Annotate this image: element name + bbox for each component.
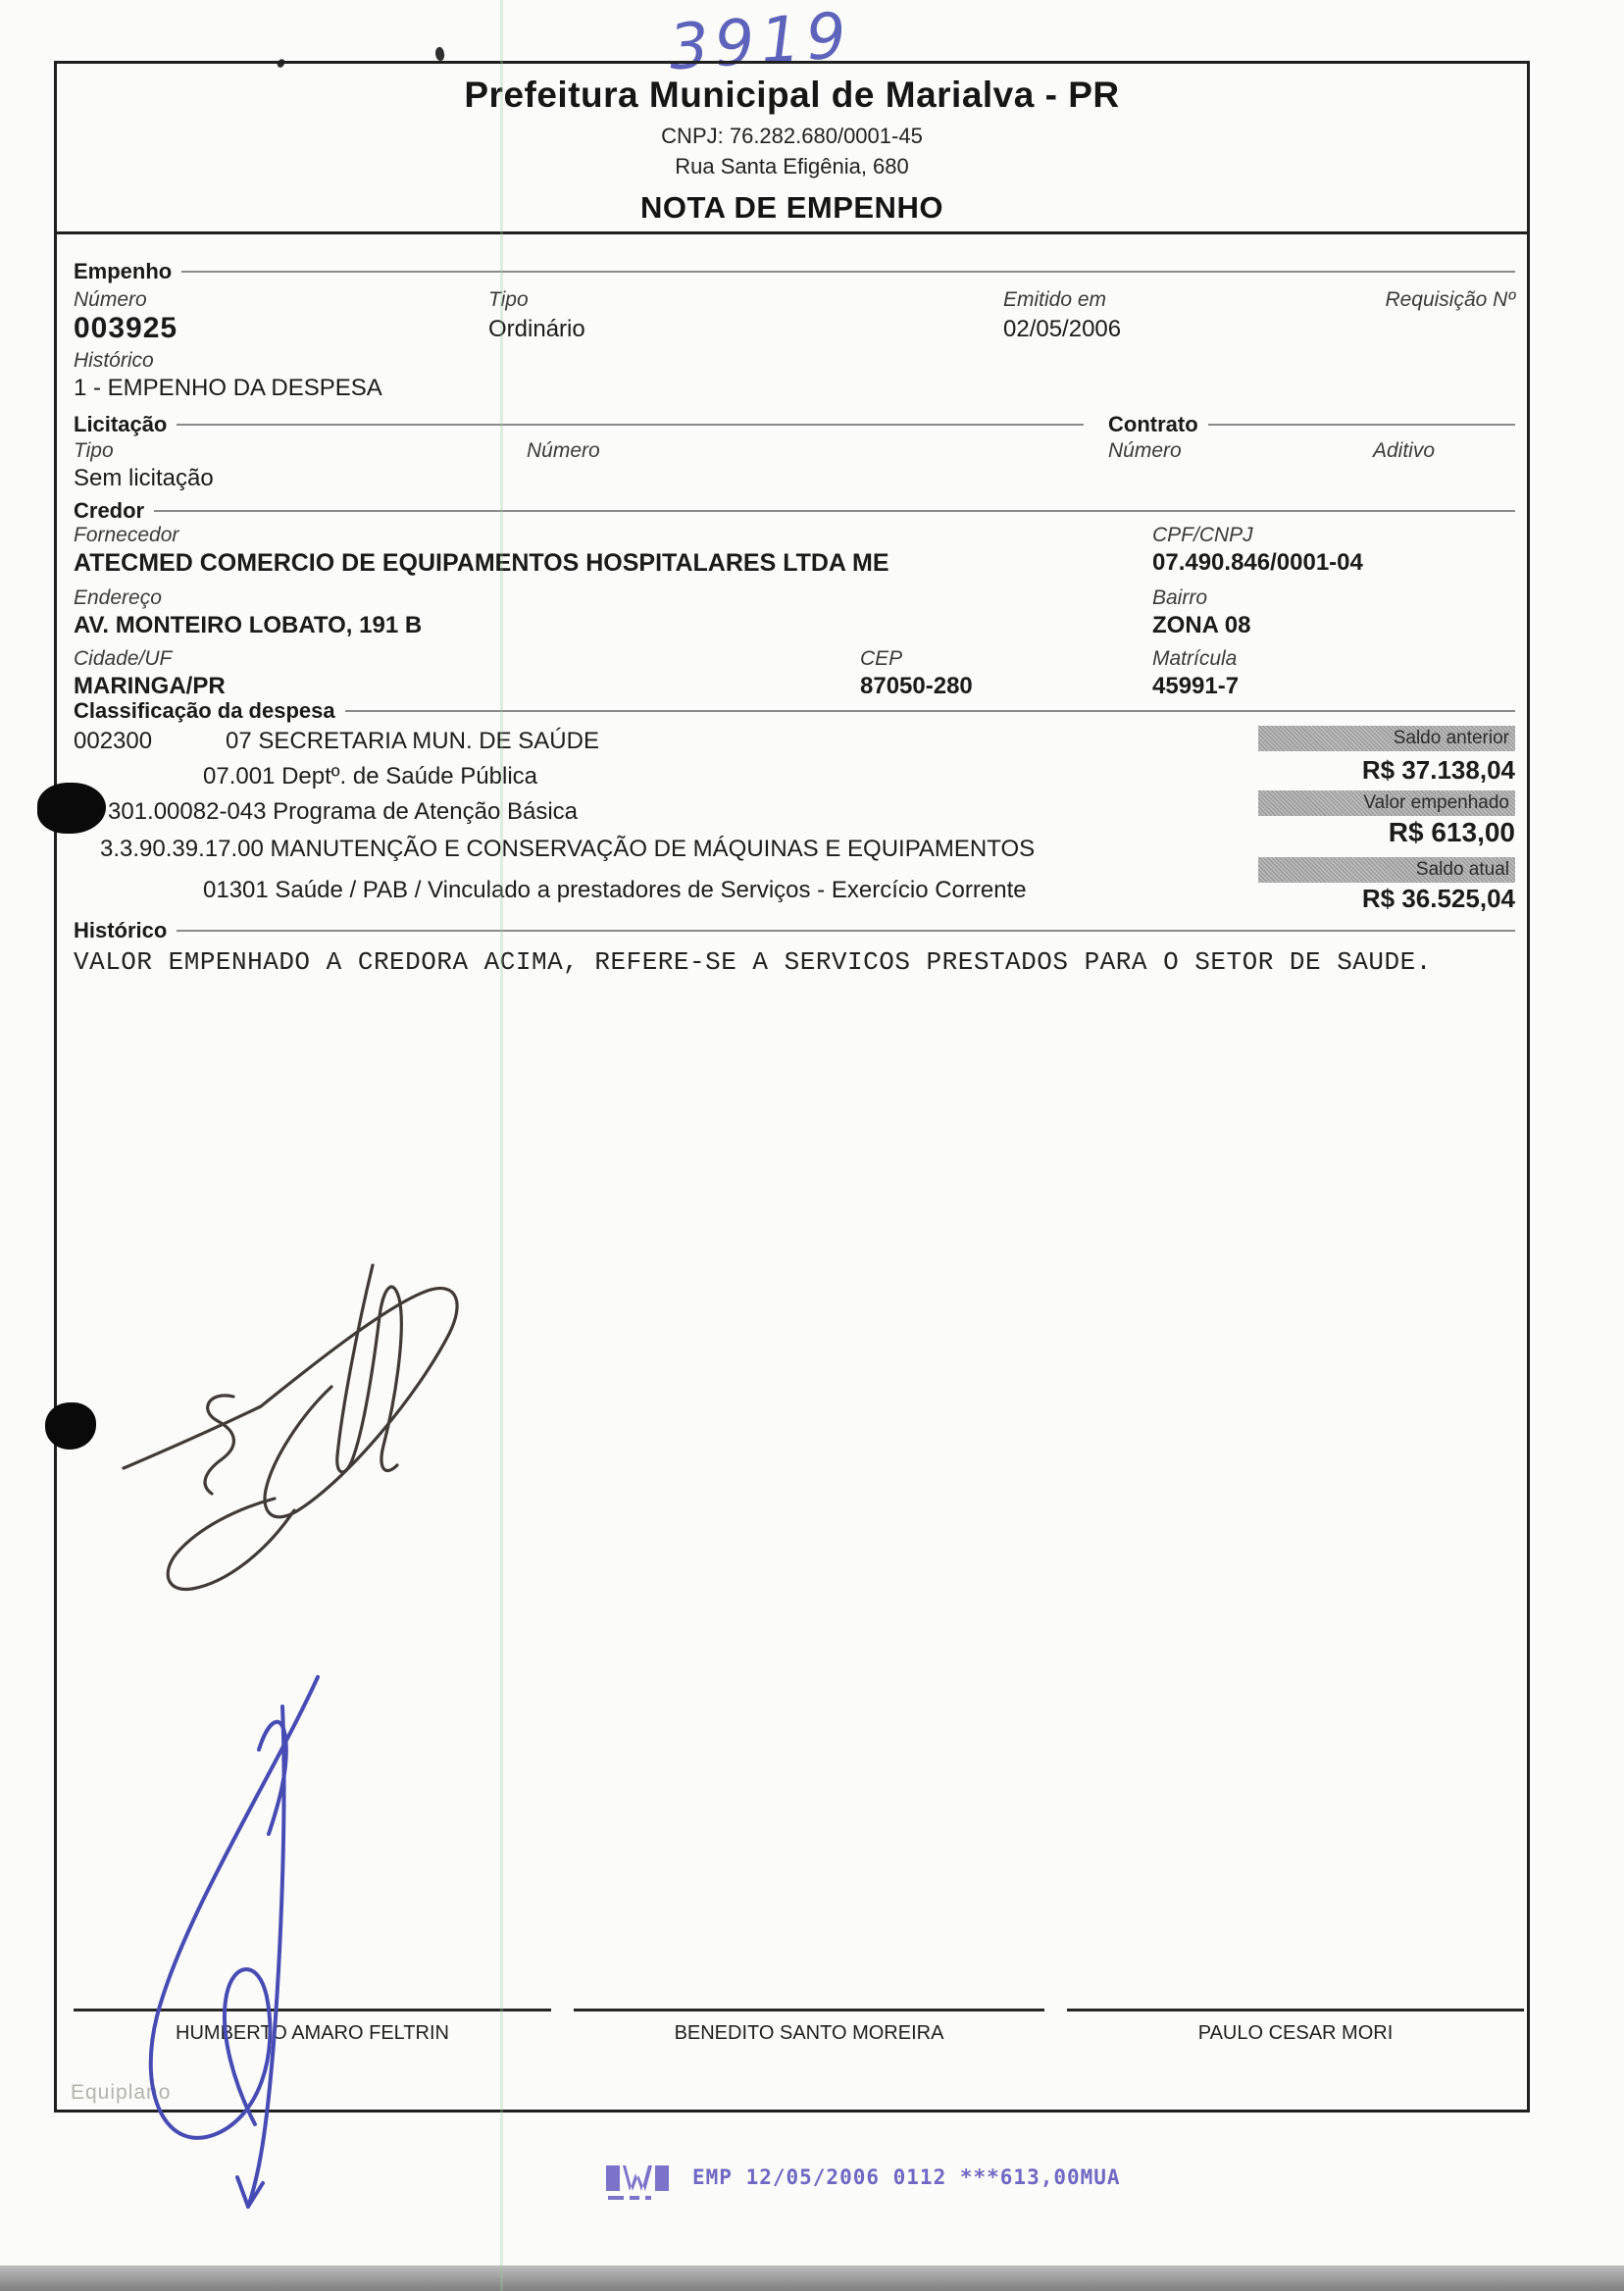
credor-bairro-value: ZONA 08 <box>1152 612 1250 639</box>
empenho-tipo-label: Tipo <box>488 288 529 312</box>
header-cnpj: CNPJ: 76.282.680/0001-45 <box>54 124 1530 149</box>
scan-mark <box>433 46 445 62</box>
signature-ink-blue <box>110 1665 345 2219</box>
licitacao-numero-label: Número <box>527 439 600 463</box>
credor-cep-label: CEP <box>860 647 902 671</box>
credor-fornecedor-label: Fornecedor <box>74 524 178 547</box>
saldo-atual-value: R$ 36.525,04 <box>1258 884 1515 914</box>
saldo-anterior-value: R$ 37.138,04 <box>1258 755 1515 786</box>
header-divider <box>54 231 1530 234</box>
credor-cpfcnpj-value: 07.490.846/0001-04 <box>1152 549 1363 577</box>
contrato-numero-label: Número <box>1108 439 1182 463</box>
valor-empenhado-bar: Valor empenhado <box>1258 790 1515 816</box>
empenho-requisicao-label: Requisição Nº <box>1304 288 1515 312</box>
signature-name: PAULO CESAR MORI <box>1067 2022 1524 2045</box>
section-rule <box>1208 424 1515 426</box>
empenho-numero-label: Número <box>74 288 147 312</box>
classificacao-line: 3.3.90.39.17.00 MANUTENÇÃO E CONSERVAÇÃO… <box>100 836 1035 863</box>
credor-cep-value: 87050-280 <box>860 673 973 700</box>
scanner-artifact-line <box>500 0 503 2291</box>
signature-ink-black <box>116 1247 459 1601</box>
licitacao-tipo-label: Tipo <box>74 439 114 463</box>
section-empenho-label: Empenho <box>74 259 172 284</box>
stamp-logo <box>606 2164 671 2203</box>
section-rule <box>177 424 1084 426</box>
empenho-numero-value: 003925 <box>74 312 178 345</box>
credor-endereco-value: AV. MONTEIRO LOBATO, 191 B <box>74 612 422 639</box>
credor-cpfcnpj-label: CPF/CNPJ <box>1152 524 1253 547</box>
signature-line <box>574 2009 1044 2011</box>
section-contrato: Contrato <box>1108 412 1515 437</box>
empenho-emitido-value: 02/05/2006 <box>1003 316 1121 343</box>
historico-text: VALOR EMPENHADO A CREDORA ACIMA, REFERE-… <box>74 947 1432 977</box>
credor-matricula-value: 45991-7 <box>1152 673 1239 700</box>
credor-endereco-label: Endereço <box>74 586 162 610</box>
section-credor-label: Credor <box>74 498 144 524</box>
signature-name: BENEDITO SANTO MOREIRA <box>574 2022 1044 2045</box>
section-empenho: Empenho <box>74 259 1515 284</box>
credor-cidade-label: Cidade/UF <box>74 647 172 671</box>
saldo-atual-bar: Saldo atual <box>1258 857 1515 883</box>
credor-cidade-value: MARINGA/PR <box>74 673 226 700</box>
section-historico-label: Histórico <box>74 918 167 943</box>
classificacao-line: 07 SECRETARIA MUN. DE SAÚDE <box>226 728 599 755</box>
section-credor: Credor <box>74 498 1515 524</box>
contrato-aditivo-label: Aditivo <box>1373 439 1435 463</box>
section-contrato-label: Contrato <box>1108 412 1198 437</box>
credor-fornecedor-value: ATECMED COMERCIO DE EQUIPAMENTOS HOSPITA… <box>74 549 889 578</box>
page-title: Prefeitura Municipal de Marialva - PR <box>54 75 1530 116</box>
section-rule <box>177 930 1515 932</box>
section-rule <box>154 510 1515 512</box>
section-licitacao-label: Licitação <box>74 412 167 437</box>
credor-matricula-label: Matrícula <box>1152 647 1237 671</box>
section-classificacao-label: Classificação da despesa <box>74 698 335 724</box>
classificacao-line: 07.001 Deptº. de Saúde Pública <box>203 763 537 790</box>
classificacao-line: 01301 Saúde / PAB / Vinculado a prestado… <box>203 877 1027 904</box>
section-rule <box>345 710 1515 712</box>
section-licitacao: Licitação <box>74 412 1084 437</box>
stamp-text: EMP 12/05/2006 0112 ***613,00MUA <box>692 2165 1121 2189</box>
section-classificacao: Classificação da despesa <box>74 698 1515 724</box>
credor-bairro-label: Bairro <box>1152 586 1207 610</box>
empenho-historico-label: Histórico <box>74 349 154 373</box>
scanner-edge-band <box>0 2266 1624 2291</box>
signature-line <box>1067 2009 1524 2011</box>
empenho-historico-value: 1 - EMPENHO DA DESPESA <box>74 375 382 402</box>
document-type-title: NOTA DE EMPENHO <box>54 190 1530 226</box>
licitacao-tipo-value: Sem licitação <box>74 465 214 492</box>
header-address: Rua Santa Efigênia, 680 <box>54 154 1530 179</box>
nota-de-empenho-document: 3919 Prefeitura Municipal de Marialva - … <box>0 0 1624 2291</box>
section-historico: Histórico <box>74 918 1515 943</box>
empenho-emitido-label: Emitido em <box>1003 288 1106 312</box>
valor-empenhado-value: R$ 613,00 <box>1258 817 1515 848</box>
classificacao-code: 002300 <box>74 728 152 755</box>
classificacao-line: 301.00082-043 Programa de Atenção Básica <box>108 798 578 826</box>
section-rule <box>181 271 1515 273</box>
saldo-anterior-bar: Saldo anterior <box>1258 726 1515 751</box>
